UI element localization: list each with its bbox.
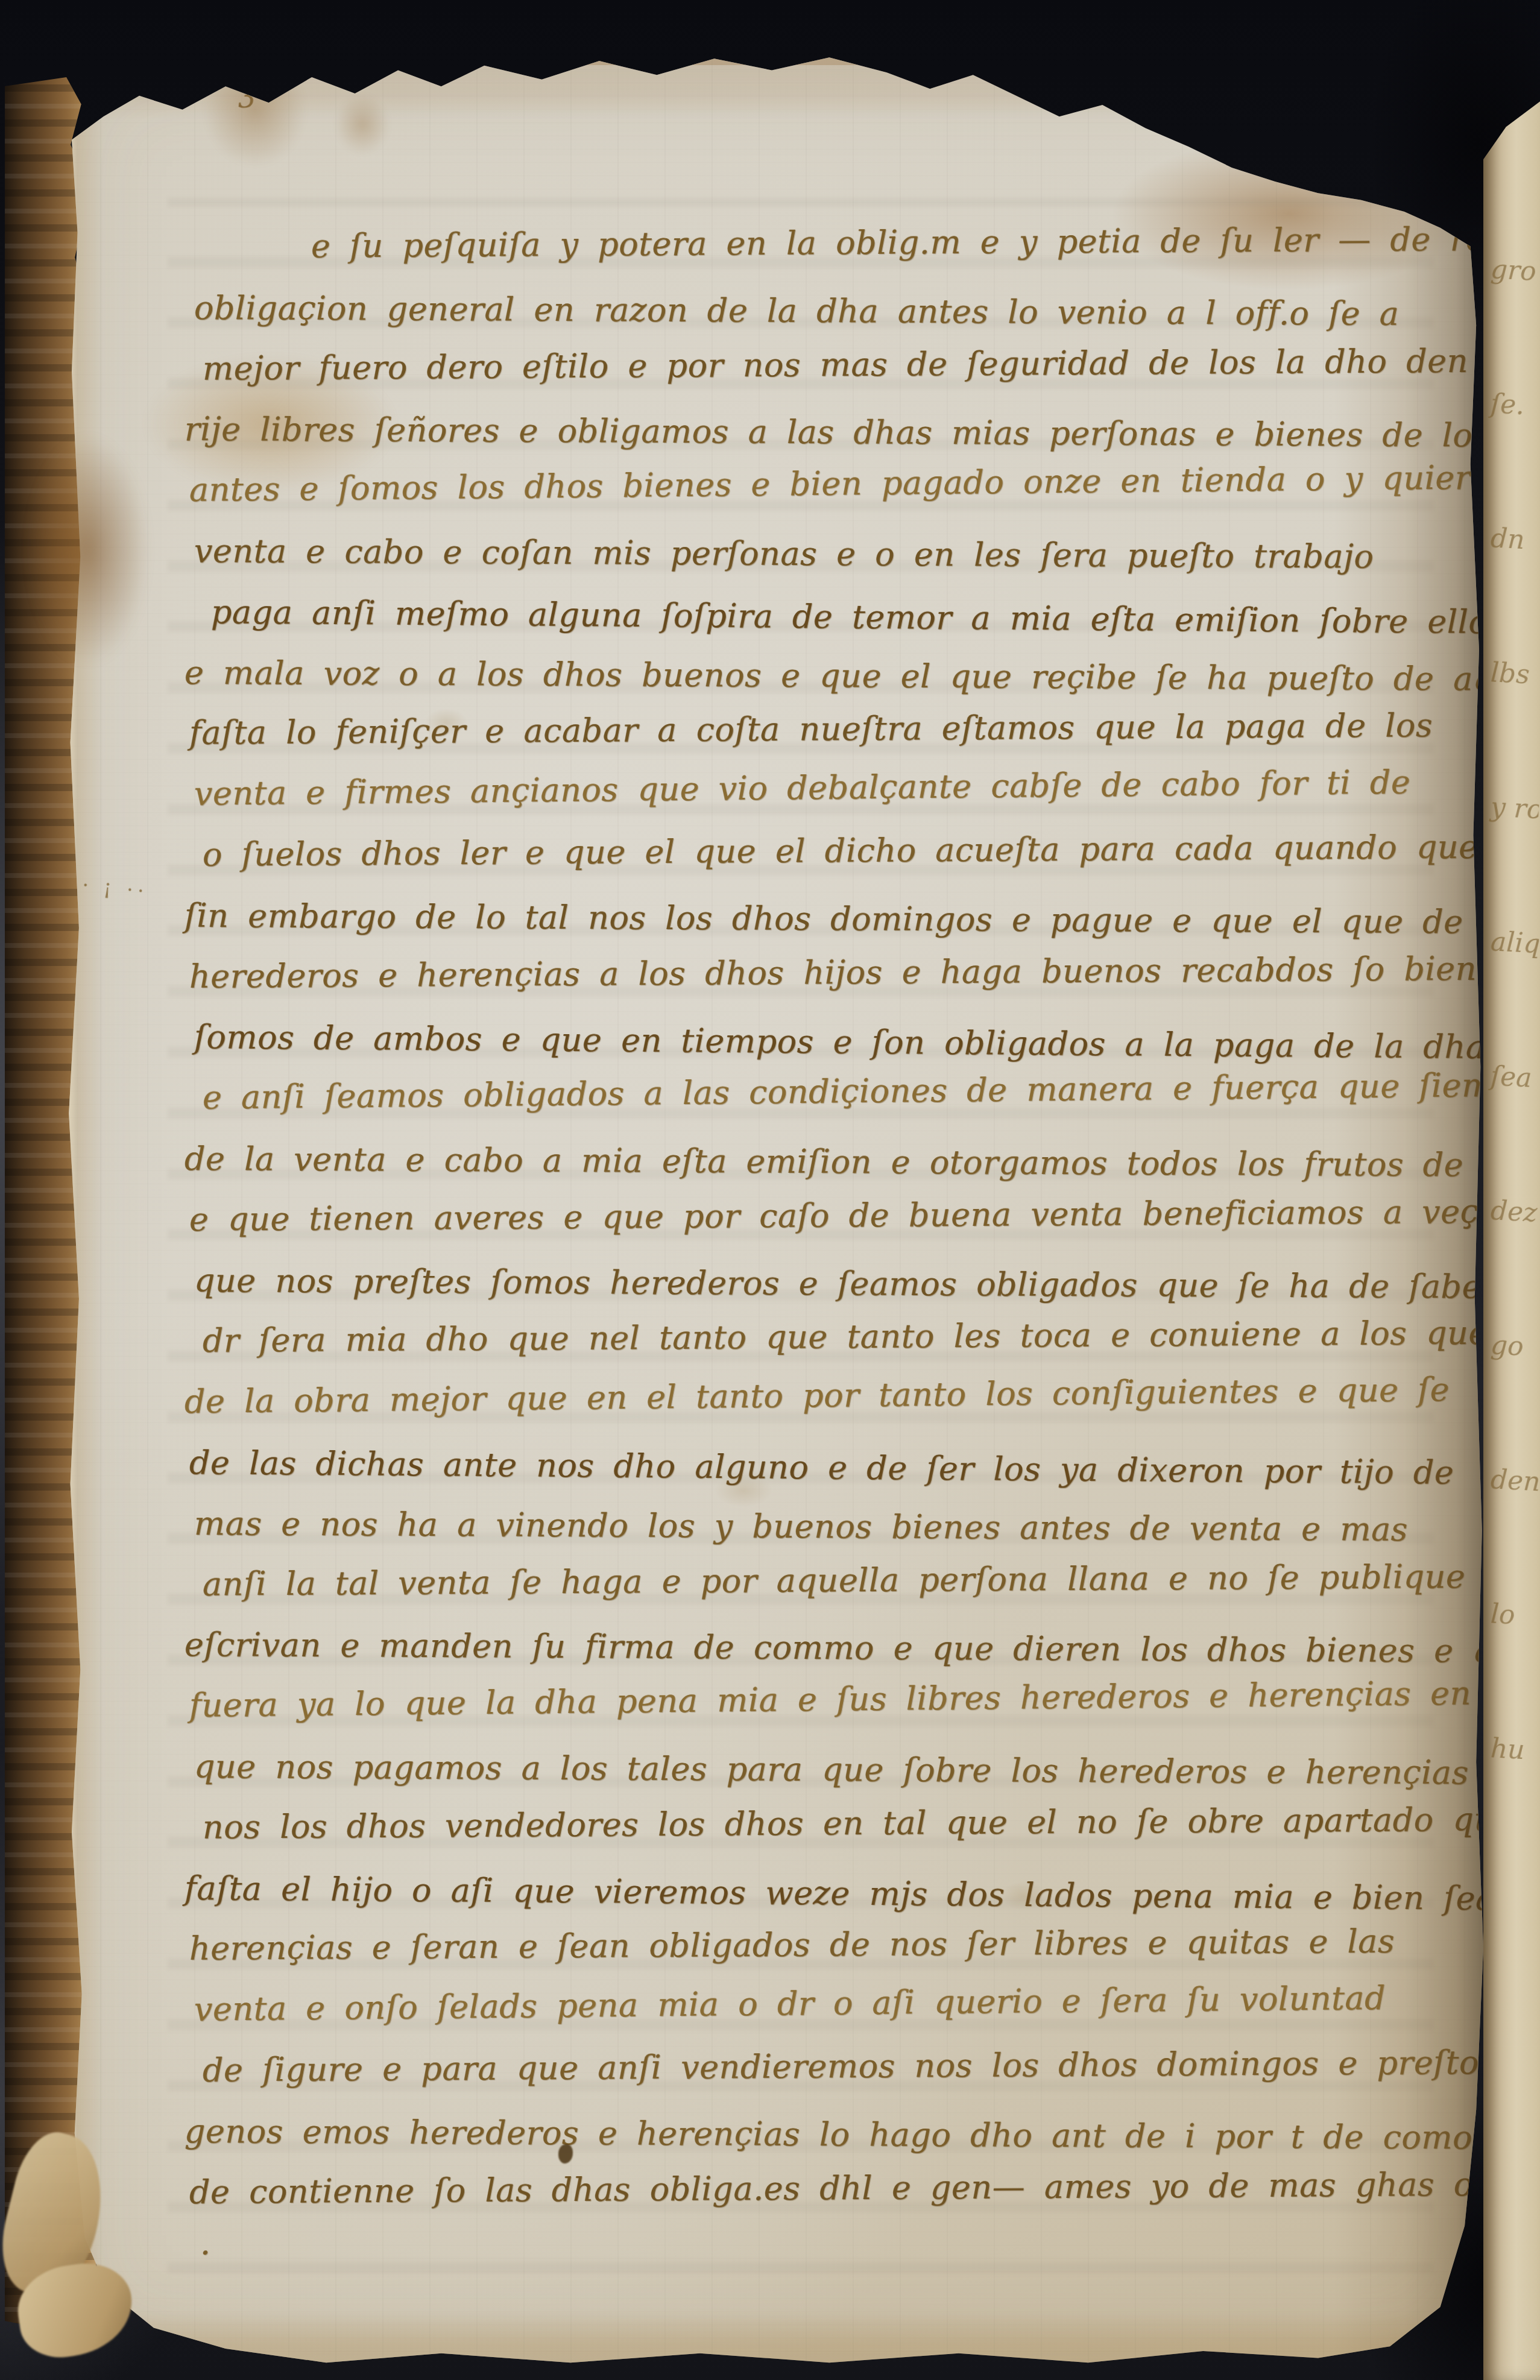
photo-background: 3 · ¡ ·· e ſu peſquiſa y potera en la ob… <box>0 0 1540 2380</box>
manuscript-line: nos los dhos vendedores los dhos en tal … <box>182 1790 1486 1858</box>
manuscript-line: de la obra mejor que en el tanto por tan… <box>182 1359 1486 1433</box>
manuscript-line: de ſigure e para que anſi vendieremos no… <box>182 2033 1486 2101</box>
next-page-text-fragments: groſe.dnlbsy roraliqſeadezgodenlohu <box>1483 57 1540 1765</box>
manuscript-line: venta e firmes ançianos que vio debalçan… <box>182 751 1486 825</box>
manuscript-line: fuera ya lo que la dha pena mia e ſus li… <box>182 1663 1486 1737</box>
next-page-fragment: ſe. <box>1483 388 1540 422</box>
next-page-fragment: den <box>1483 1464 1540 1498</box>
manuscript-line: venta e cabo e coſan mis perſonas e o en… <box>182 521 1486 588</box>
next-page-fragment: dez <box>1483 1195 1540 1229</box>
next-page-fragment: go <box>1483 1330 1540 1363</box>
next-page-fragment: lbs <box>1483 657 1540 691</box>
manuscript-line: paga anſi meſmo alguna ſoſpira de temor … <box>182 582 1486 653</box>
manuscript-line: e ſu peſquiſa y potera en la oblig.m e y… <box>182 217 1486 278</box>
stain <box>335 94 390 154</box>
manuscript-line: e anſi ſeamos obligados a las condiçione… <box>182 1055 1486 1129</box>
next-page-fragment: hu <box>1483 1733 1540 1767</box>
manuscript-line: mejor fuero dero eſtilo e por nos mas de… <box>182 330 1486 399</box>
next-page-fragment: aliq <box>1483 926 1540 960</box>
next-page-fragment: ſea <box>1483 1061 1540 1094</box>
manuscript-line: · <box>182 2223 1486 2290</box>
manuscript-line: herederos e herençias a los dhos hijos e… <box>182 938 1486 1007</box>
manuscript-line: o ſuelos dhos ler e que el que el dicho … <box>182 817 1486 886</box>
next-page-fragment: dn <box>1483 523 1540 557</box>
page-number: 3 <box>236 80 257 115</box>
manuscript-line: e que tienen averes e que por caſo de bu… <box>182 1182 1486 1251</box>
manuscript-line: de las dichas ante nos dho alguno e de ſ… <box>182 1433 1486 1504</box>
manuscript-line: venta e onſo ſelads pena mia o dr o aſi … <box>182 1967 1486 2041</box>
next-page-fragment: gro <box>1483 254 1540 288</box>
manuscript-line: anſi la tal venta ſe haga e por aquella … <box>182 1546 1486 1615</box>
next-page-fragment: lo <box>1483 1599 1540 1632</box>
manuscript-line: de contienne ſo las dhas obliga.es dhl e… <box>182 2154 1486 2223</box>
next-page-fragment: y ror <box>1483 792 1540 825</box>
manuscript-text-block: e ſu peſquiſa y potera en la oblig.m e y… <box>182 217 1486 2309</box>
next-page-edge: groſe.dnlbsy roraliqſeadezgodenlohu <box>1483 57 1540 2380</box>
manuscript-page: 3 · ¡ ·· e ſu peſquiſa y potera en la ob… <box>53 47 1491 2365</box>
manuscript-line: antes e ſomos los dhos bienes e bien pag… <box>182 447 1486 521</box>
marginal-ink-flecks: · ¡ ·· <box>81 873 149 904</box>
